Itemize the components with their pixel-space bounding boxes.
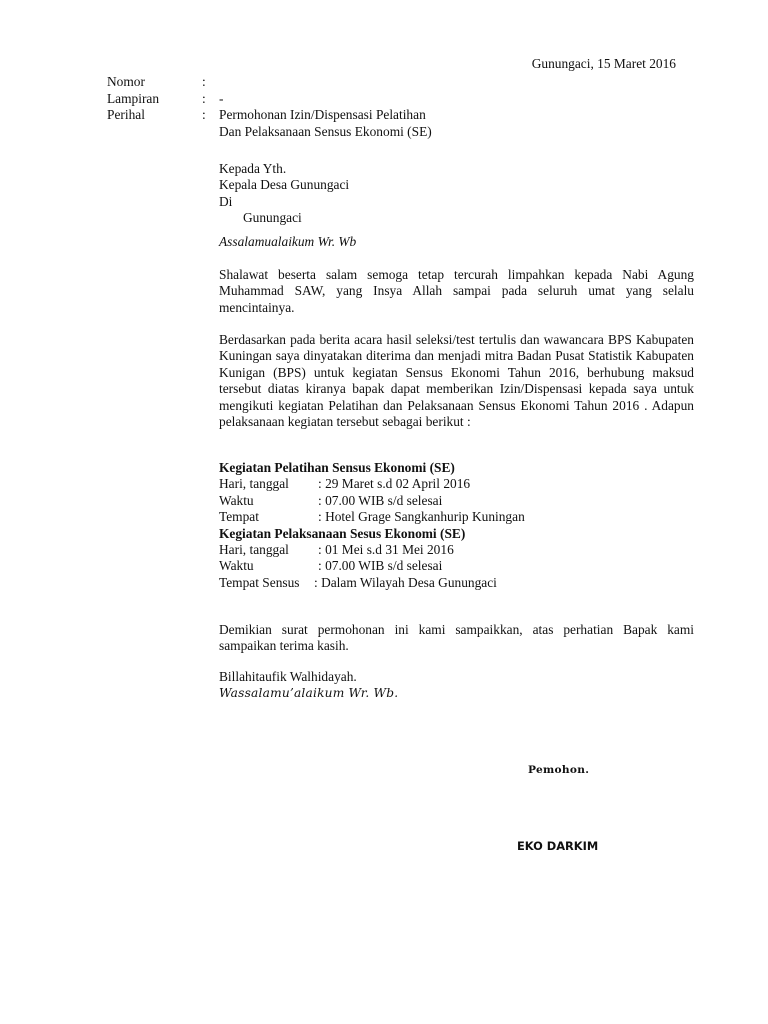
activity-label: Hari, tanggal [219, 476, 289, 492]
signature-title: Pemohon. [528, 762, 589, 778]
meta-label: Nomor [107, 74, 145, 90]
activity-value: : 07.00 WIB s/d selesai [318, 558, 442, 574]
activity-row: Waktu : 07.00 WIB s/d selesai [219, 493, 465, 509]
meta-colon: : [202, 91, 206, 107]
activity-row: Hari, tanggal : 29 Maret s.d 02 April 20… [219, 476, 465, 492]
meta-label: Perihal [107, 107, 145, 123]
closing-salam: Wassalamu’alaikum Wr. Wb. [219, 685, 398, 701]
recipient-title: Kepala Desa Gunungaci [219, 177, 349, 193]
recipient-salutation: Kepada Yth. [219, 161, 349, 177]
activity-value: : Hotel Grage Sangkanhurip Kuningan [318, 509, 525, 525]
meta-value: Permohonan Izin/Dispensasi Pelatihan [219, 107, 426, 123]
recipient-block: Kepada Yth. Kepala Desa Gunungaci Di Gun… [219, 161, 349, 227]
meta-colon: : [202, 107, 206, 123]
activity-row: Tempat Sensus : Dalam Wilayah Desa Gunun… [219, 575, 465, 591]
meta-colon: : [202, 74, 206, 90]
closing-block: Billahitaufik Walhidayah. Wassalamu’alai… [219, 669, 398, 702]
activity-label: Waktu [219, 558, 254, 574]
activity-label: Tempat [219, 509, 259, 525]
activity-value: : Dalam Wilayah Desa Gunungaci [314, 575, 497, 591]
meta-label: Lampiran [107, 91, 159, 107]
activity-label: Tempat Sensus [219, 575, 300, 591]
place-date: Gunungaci, 15 Maret 2016 [532, 56, 676, 72]
meta-value-cont: Dan Pelaksanaan Sensus Ekonomi (SE) [219, 124, 432, 140]
greeting: Assalamualaikum Wr. Wb [219, 234, 356, 250]
letter-page: Gunungaci, 15 Maret 2016 Nomor : Lampira… [0, 0, 768, 1024]
closing-line: Billahitaufik Walhidayah. [219, 669, 398, 685]
recipient-location: Gunungaci [219, 210, 349, 226]
activity-row: Tempat : Hotel Grage Sangkanhurip Kuning… [219, 509, 465, 525]
activity-row: Waktu : 07.00 WIB s/d selesai [219, 558, 465, 574]
meta-value: - [219, 91, 223, 107]
activity-row: Hari, tanggal : 01 Mei s.d 31 Mei 2016 [219, 542, 465, 558]
activity-label: Waktu [219, 493, 254, 509]
activity-label: Hari, tanggal [219, 542, 289, 558]
activity-value: : 07.00 WIB s/d selesai [318, 493, 442, 509]
paragraph-request: Berdasarkan pada berita acara hasil sele… [219, 332, 694, 430]
paragraph-shalawat: Shalawat beserta salam semoga tetap terc… [219, 267, 694, 316]
activity-value: : 01 Mei s.d 31 Mei 2016 [318, 542, 454, 558]
paragraph-closing: Demikian surat permohonan ini kami sampa… [219, 622, 694, 655]
activities-block: Kegiatan Pelatihan Sensus Ekonomi (SE) H… [219, 460, 465, 591]
activity-value: : 29 Maret s.d 02 April 2016 [318, 476, 470, 492]
activity-title: Kegiatan Pelatihan Sensus Ekonomi (SE) [219, 460, 465, 476]
activity-title: Kegiatan Pelaksanaan Sesus Ekonomi (SE) [219, 526, 465, 542]
recipient-di: Di [219, 194, 349, 210]
signature-name: EKO DARKIM [517, 838, 598, 854]
